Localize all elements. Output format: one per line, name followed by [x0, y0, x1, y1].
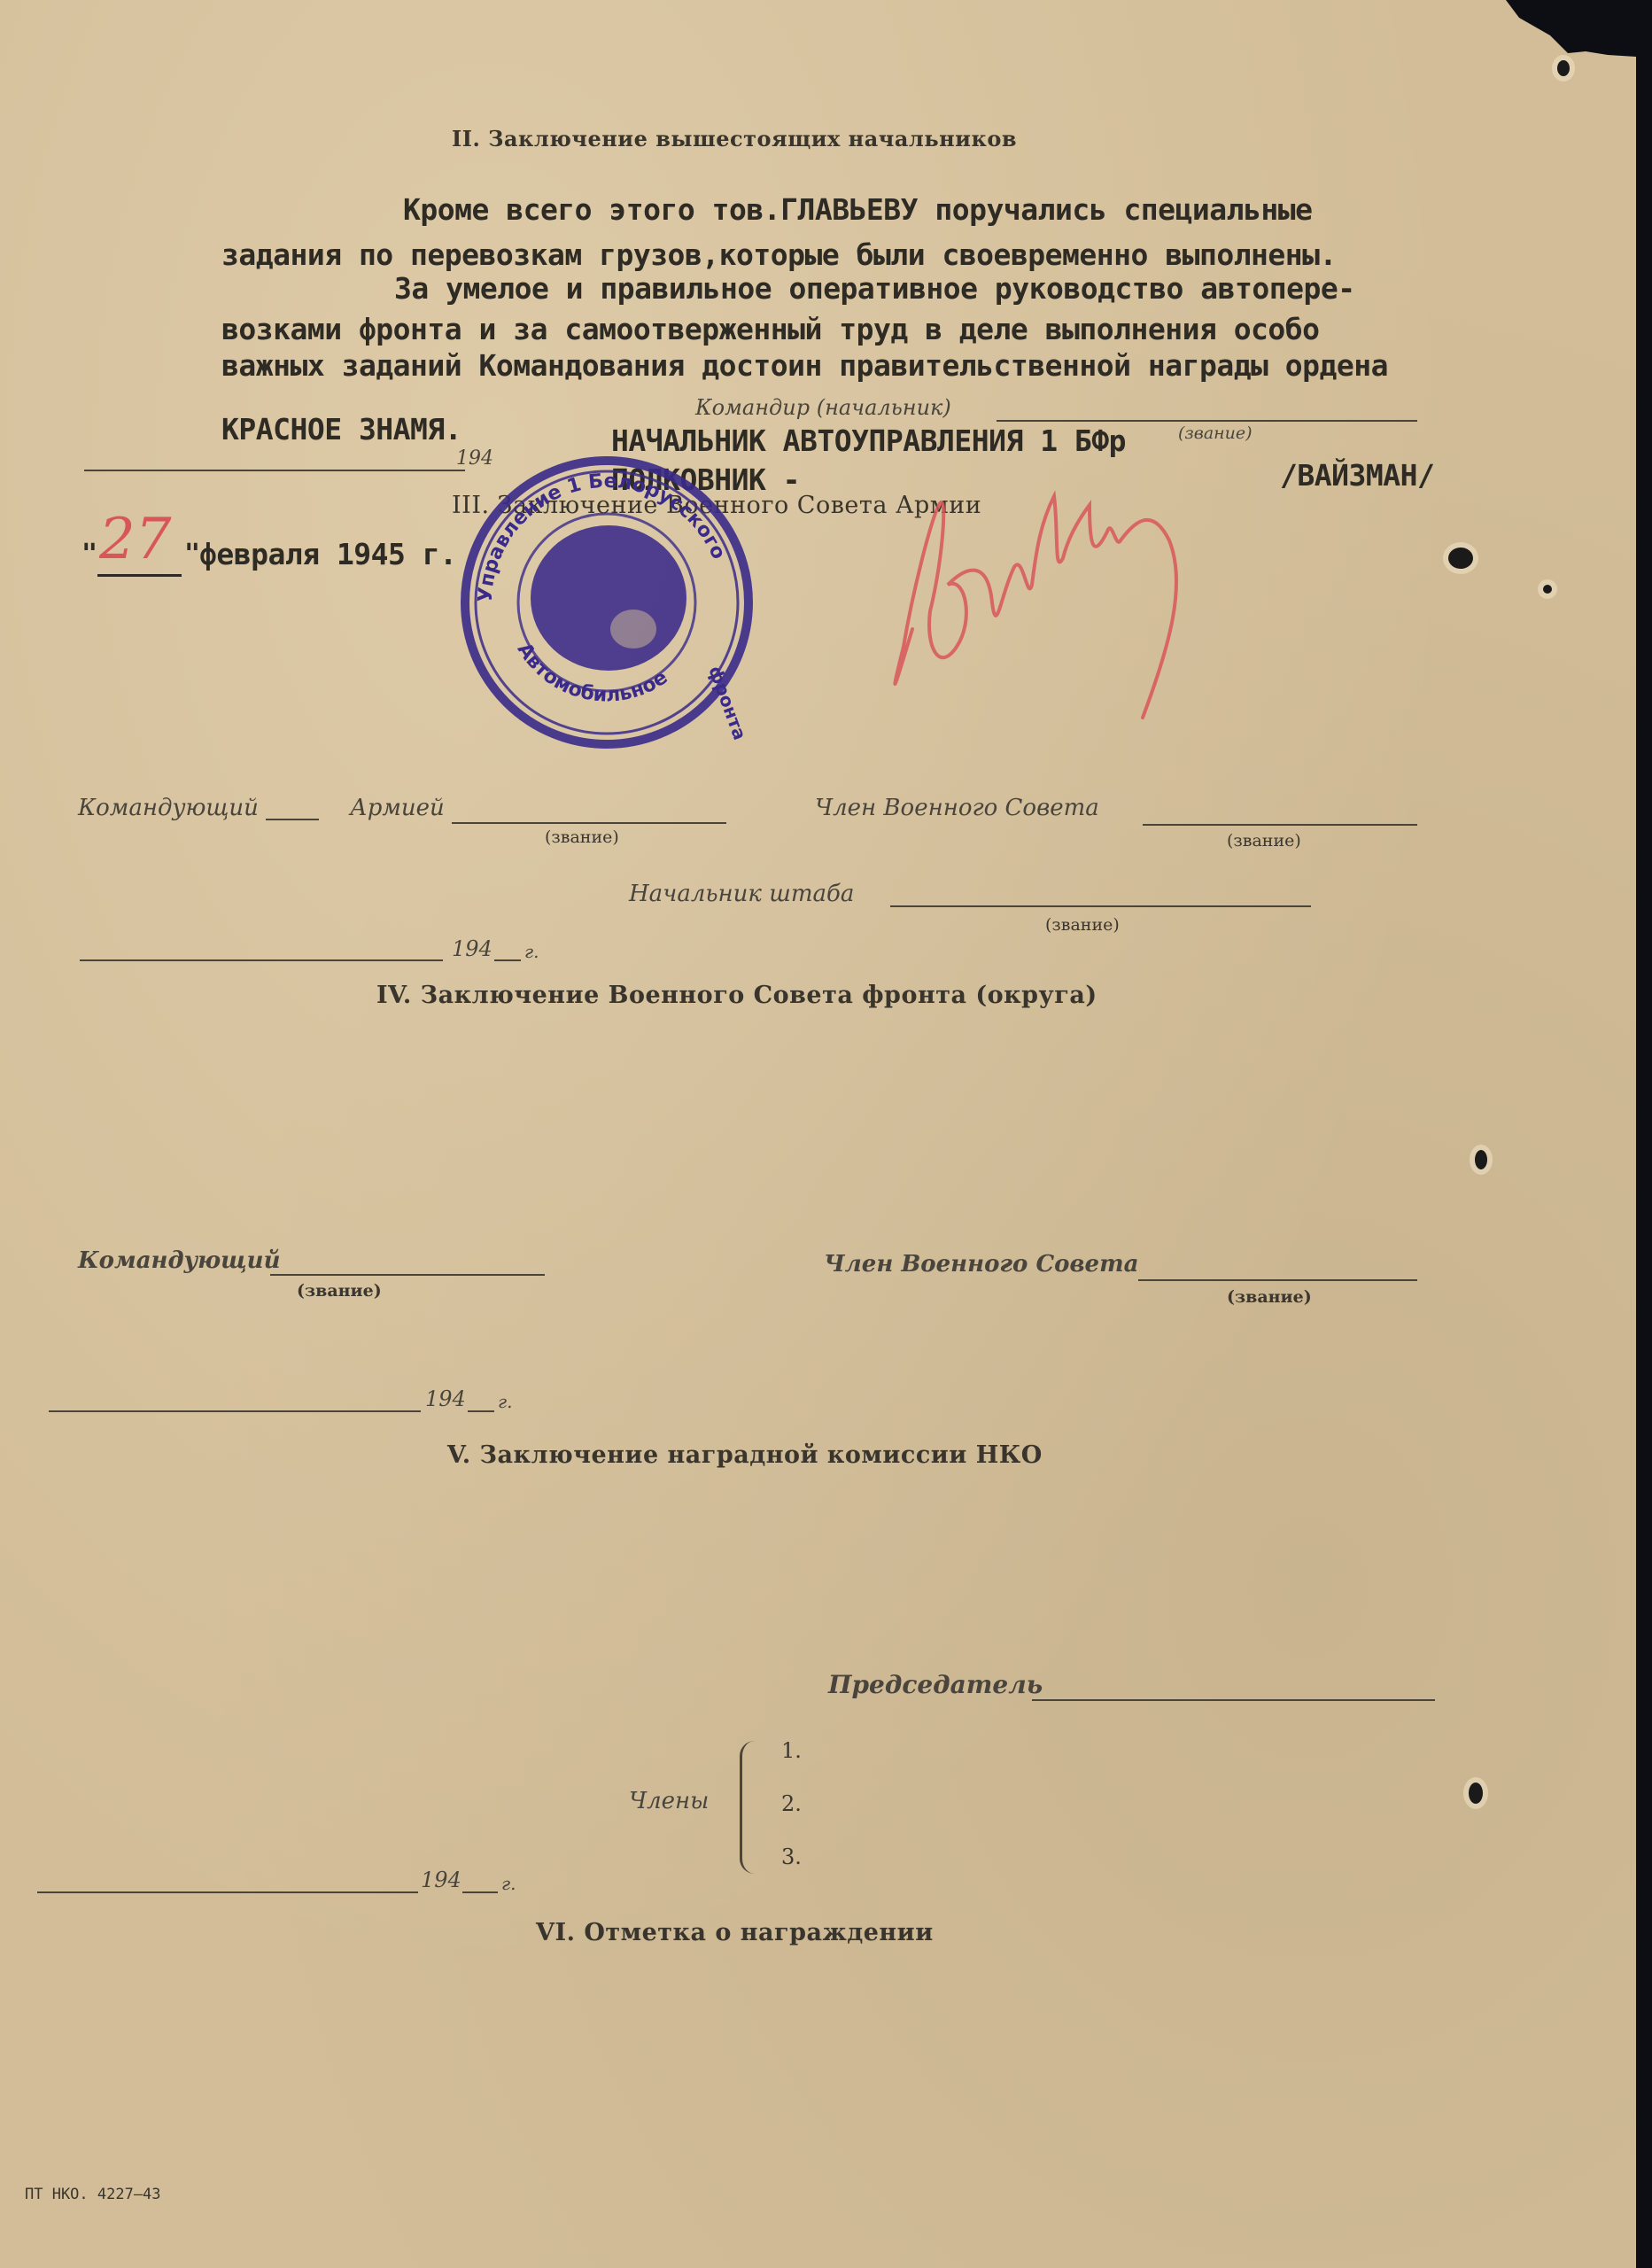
signature — [877, 470, 1249, 726]
date-suffix: г. — [524, 941, 539, 962]
army-commander-label: Командующий — [78, 795, 259, 821]
punch-hole — [1469, 1783, 1483, 1804]
signature-line — [266, 819, 319, 820]
rank-hint: (звание) — [297, 1281, 382, 1301]
chief-of-staff-label: Начальник штаба — [629, 881, 854, 907]
front-commander-label: Командующий — [78, 1247, 280, 1274]
section-2-heading: II. Заключение вышестоящих начальников — [452, 126, 1017, 151]
rank-hint: (звание) — [1227, 831, 1301, 850]
signature-line — [452, 822, 726, 824]
date-line — [37, 1891, 418, 1893]
paragraph-line: Кроме всего этого тов.ГЛАВЬЕВУ поручалис… — [403, 192, 1313, 227]
signature-line — [997, 420, 1417, 422]
paragraph-line: За умелое и правильное оперативное руков… — [394, 271, 1355, 306]
award-name: КРАСНОЕ ЗНАМЯ. — [221, 412, 461, 447]
army-label: Армией — [350, 795, 445, 821]
paragraph-line: важных заданий Командования достоин прав… — [221, 348, 1388, 383]
date-year: 194 — [421, 1868, 461, 1892]
member-2: 2. — [781, 1791, 802, 1816]
print-mark: ПТ НКО. 4227—43 — [25, 2186, 161, 2203]
date-year: 194 — [425, 1386, 466, 1411]
member-3: 3. — [781, 1845, 802, 1869]
date-day-underline — [97, 574, 182, 577]
rank-hint: (звание) — [1227, 1287, 1312, 1307]
date-line — [494, 959, 521, 961]
council-member-label: Член Военного Совета — [824, 1251, 1138, 1278]
date-line — [462, 1891, 498, 1893]
signature-line — [1032, 1699, 1435, 1701]
section-4-heading: IV. Заключение Военного Совета фронта (о… — [376, 982, 1097, 1009]
signatory-name: /ВАЙЗМАН/ — [1280, 458, 1434, 493]
rank-hint: (звание) — [545, 827, 619, 847]
date-line — [80, 959, 443, 961]
date-close-quote: " — [184, 539, 200, 570]
section-6-heading: VI. Отметка о награждении — [536, 1919, 934, 1946]
date-year: 194 — [452, 936, 492, 961]
date-line — [468, 1410, 494, 1412]
official-stamp: Управление 1 Белорусского Автомобильное … — [456, 452, 757, 753]
chairman-label: Председатель — [828, 1670, 1043, 1699]
punch-hole — [1557, 60, 1570, 76]
date-line — [49, 1410, 421, 1412]
punch-hole — [1543, 585, 1552, 594]
punch-hole — [1475, 1150, 1487, 1169]
date-suffix: г. — [501, 1873, 516, 1894]
date-rest: февраля 1945 г. — [199, 537, 457, 571]
date-open-quote: " — [81, 539, 97, 570]
date-day: 27 — [99, 507, 171, 572]
signature-line — [890, 905, 1311, 907]
date-suffix: г. — [498, 1391, 512, 1412]
paragraph-line: возками фронта и за самоотверженный труд… — [221, 312, 1320, 346]
members-label: Члены — [629, 1788, 709, 1814]
commander-label: Командир (начальник) — [695, 395, 951, 420]
signature-line — [1143, 824, 1417, 826]
date-line — [84, 470, 465, 471]
members-brace — [740, 1741, 755, 1874]
section-5-heading: V. Заключение наградной комиссии НКО — [447, 1441, 1043, 1469]
member-1: 1. — [781, 1738, 802, 1763]
council-member-label: Член Военного Совета — [815, 795, 1099, 821]
rank-hint: (звание) — [1178, 423, 1253, 443]
signature-line — [270, 1274, 545, 1276]
rank-hint: (звание) — [1045, 915, 1120, 935]
signature-line — [1138, 1279, 1417, 1281]
paragraph-line: задания по перевозкам грузов,которые был… — [221, 237, 1337, 272]
punch-hole — [1448, 548, 1473, 569]
